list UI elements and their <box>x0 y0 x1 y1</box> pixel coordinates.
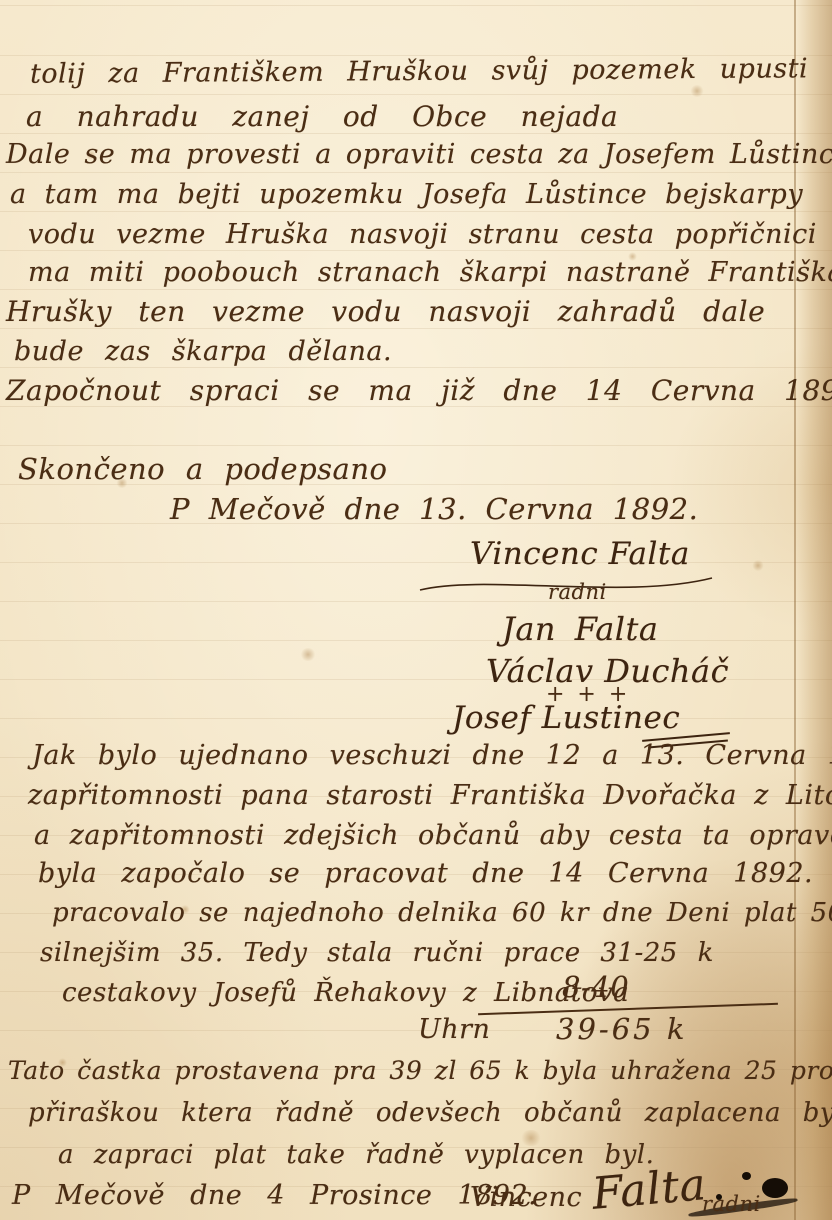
manuscript-line: pracovalo se najednoho delnika 60 kr dne… <box>52 898 832 928</box>
manuscript-line: Tato častka prostavena pra 39 zl 65 k by… <box>8 1056 832 1085</box>
foxing-spot <box>752 560 764 571</box>
sum-total-value: 39-65 k <box>556 1012 687 1046</box>
ink-blot <box>742 1172 751 1180</box>
foxing-spot <box>300 648 316 661</box>
closing-statement: Skončeno a podepsano <box>18 452 387 486</box>
manuscript-line: cestakovy Josefů Řehakovy z Libnatova <box>62 978 629 1008</box>
manuscript-line: a zapraci plat take řadně vyplacen byl. <box>58 1140 654 1170</box>
signature-name: Jan Falta <box>502 610 658 648</box>
final-place-date: P Mečově dne 4 Prosince 1892. <box>12 1180 537 1211</box>
manuscript-line: silnejšim 35. Tedy stala ručni prace 31-… <box>40 938 714 968</box>
ink-blot <box>762 1178 788 1198</box>
signature-name: Vincenc Falta <box>470 536 690 572</box>
manuscript-line: vodu vezme Hruška nasvoji stranu cesta p… <box>28 219 817 250</box>
final-signature: Falta <box>590 1159 708 1220</box>
manuscript-line: Hrušky ten vezme vodu nasvoji zahradů da… <box>6 295 765 328</box>
manuscript-line: Jak bylo ujednano veschuzi dne 12 a 13. … <box>32 740 832 771</box>
final-signer-first-name: Vincenc <box>470 1182 582 1213</box>
sum-total-label: Uhrn <box>418 1014 490 1045</box>
manuscript-line: Dale se ma provesti a opraviti cesta za … <box>6 139 832 170</box>
manuscript-line: Započnout spraci se ma již dne 14 Cervna… <box>6 374 832 407</box>
signature-title: radni <box>548 580 607 604</box>
amount-addend: 8-40 <box>562 970 629 1004</box>
manuscript-line: přiraškou ktera řadně odevšech občanů za… <box>28 1098 832 1128</box>
manuscript-line: a tam ma bejti upozemku Josefa Lůstince … <box>10 179 803 210</box>
manuscript-line: a nahradu zanej od Obce nejada <box>26 100 618 133</box>
foxing-spot <box>690 85 704 97</box>
final-signer-title: radni <box>702 1192 761 1216</box>
manuscript-line: byla započalo se pracovat dne 14 Cervna … <box>38 858 813 889</box>
manuscript-line: a zapřitomnosti zdejšich občanů aby cest… <box>34 820 832 851</box>
manuscript-line: bude zas škarpa dělana. <box>14 336 392 367</box>
manuscript-page: tolij za Františkem Hruškou svůj pozemek… <box>0 0 832 1220</box>
manuscript-line: tolij za Františkem Hruškou svůj pozemek… <box>30 53 808 89</box>
closing-place-date: P Mečově dne 13. Cervna 1892. <box>170 492 698 526</box>
signature-name: Josef Lustinec <box>452 700 680 736</box>
manuscript-line: zapřitomnosti pana starosti Františka Dv… <box>28 780 832 811</box>
manuscript-line: ma miti poobouch stranach škarpi nastran… <box>28 257 832 288</box>
